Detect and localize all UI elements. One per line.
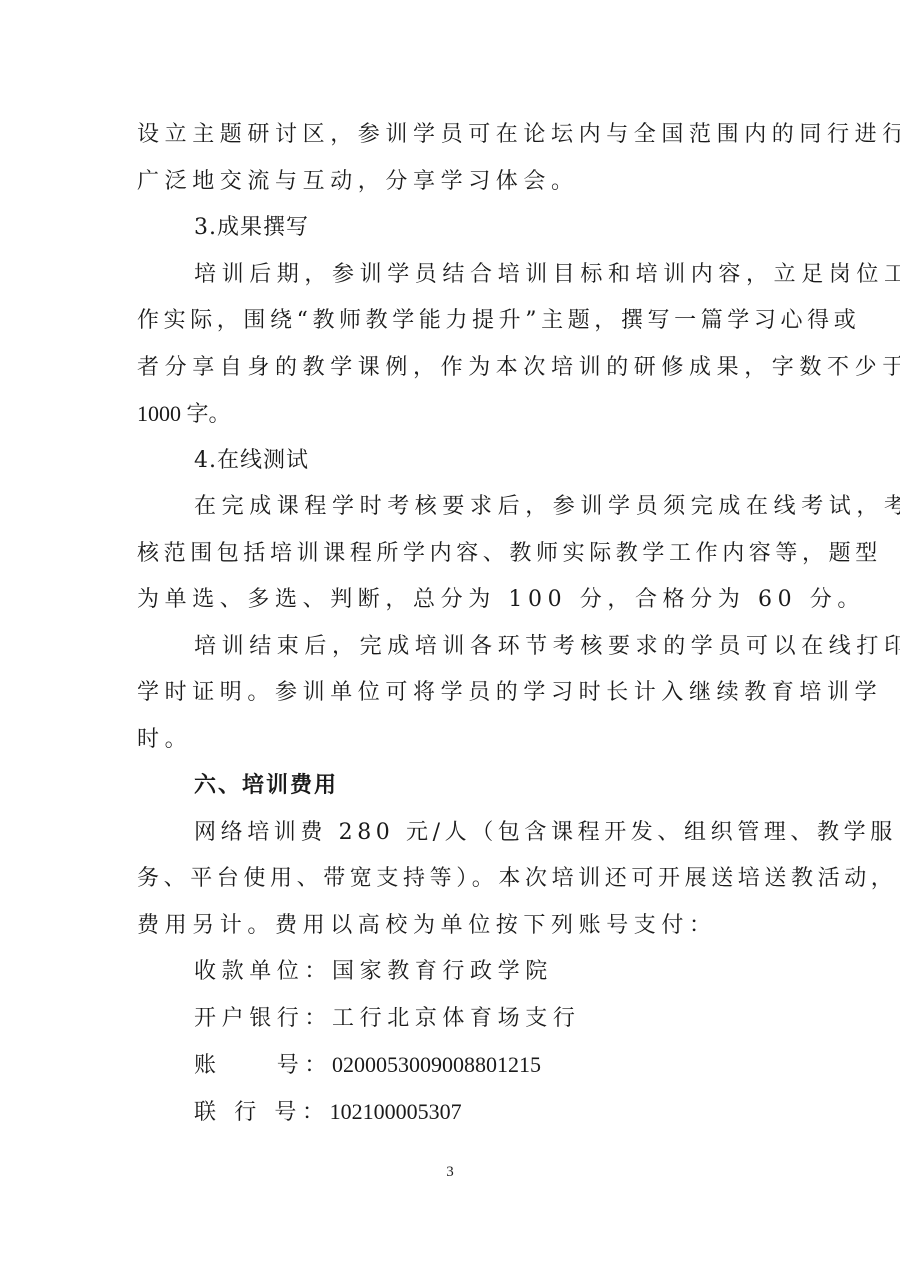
- body-line: 广泛地交流与互动，分享学习体会。: [137, 159, 767, 206]
- subheading-online-test: 4.在线测试: [137, 438, 767, 485]
- body-line: 在完成课程学时考核要求后，参训学员须完成在线考试，考: [137, 484, 767, 531]
- account-label: 账 号：: [194, 1043, 332, 1090]
- body-line: 核范围包括培训课程所学内容、教师实际教学工作内容等，题型: [137, 531, 767, 578]
- body-line: 费用另计。费用以高校为单位按下列账号支付：: [137, 903, 767, 950]
- bank-label: 开户银行：: [194, 996, 332, 1043]
- bank-value: 工行北京体育场支行: [332, 1006, 580, 1031]
- body-line: 作实际，围绕“教师教学能力提升”主题，撰写一篇学习心得或: [137, 298, 767, 345]
- account-value: 0200053009008801215: [332, 1052, 541, 1077]
- subheading-results-writing: 3.成果撰写: [137, 205, 767, 252]
- routing-row: 联 行 号：102100005307: [137, 1089, 767, 1136]
- payee-row: 收款单位：国家教育行政学院: [137, 949, 767, 996]
- routing-label: 联 行 号：: [194, 1090, 330, 1137]
- document-page: 设立主题研讨区，参训学员可在论坛内与全国范围内的同行进行 广泛地交流与互动，分享…: [0, 0, 900, 1272]
- body-line: 为单选、多选、判断，总分为 100 分，合格分为 60 分。: [137, 577, 767, 624]
- body-line: 网络培训费 280 元/人（包含课程开发、组织管理、教学服: [137, 810, 767, 857]
- body-line: 设立主题研讨区，参训学员可在论坛内与全国范围内的同行进行: [137, 112, 767, 159]
- body-line: 务、平台使用、带宽支持等）。本次培训还可开展送培送教活动，: [137, 856, 767, 903]
- body-line: 学时证明。参训单位可将学员的学习时长计入继续教育培训学: [137, 670, 767, 717]
- body-line: 者分享自身的教学课例，作为本次培训的研修成果，字数不少于: [137, 345, 767, 392]
- body-line: 1000 字。: [137, 391, 767, 438]
- routing-value: 102100005307: [330, 1099, 462, 1124]
- bank-row: 开户银行：工行北京体育场支行: [137, 996, 767, 1043]
- body-line: 培训后期，参训学员结合培训目标和培训内容，立足岗位工: [137, 252, 767, 299]
- payee-label: 收款单位：: [194, 949, 332, 996]
- section-heading-training-fees: 六、培训费用: [137, 763, 767, 810]
- account-row: 账 号：0200053009008801215: [137, 1042, 767, 1089]
- document-body: 设立主题研讨区，参训学员可在论坛内与全国范围内的同行进行 广泛地交流与互动，分享…: [137, 112, 767, 1135]
- body-line: 培训结束后，完成培训各环节考核要求的学员可以在线打印: [137, 624, 767, 671]
- page-number: 3: [0, 1164, 900, 1181]
- payee-value: 国家教育行政学院: [332, 959, 553, 984]
- body-line: 时。: [137, 717, 767, 764]
